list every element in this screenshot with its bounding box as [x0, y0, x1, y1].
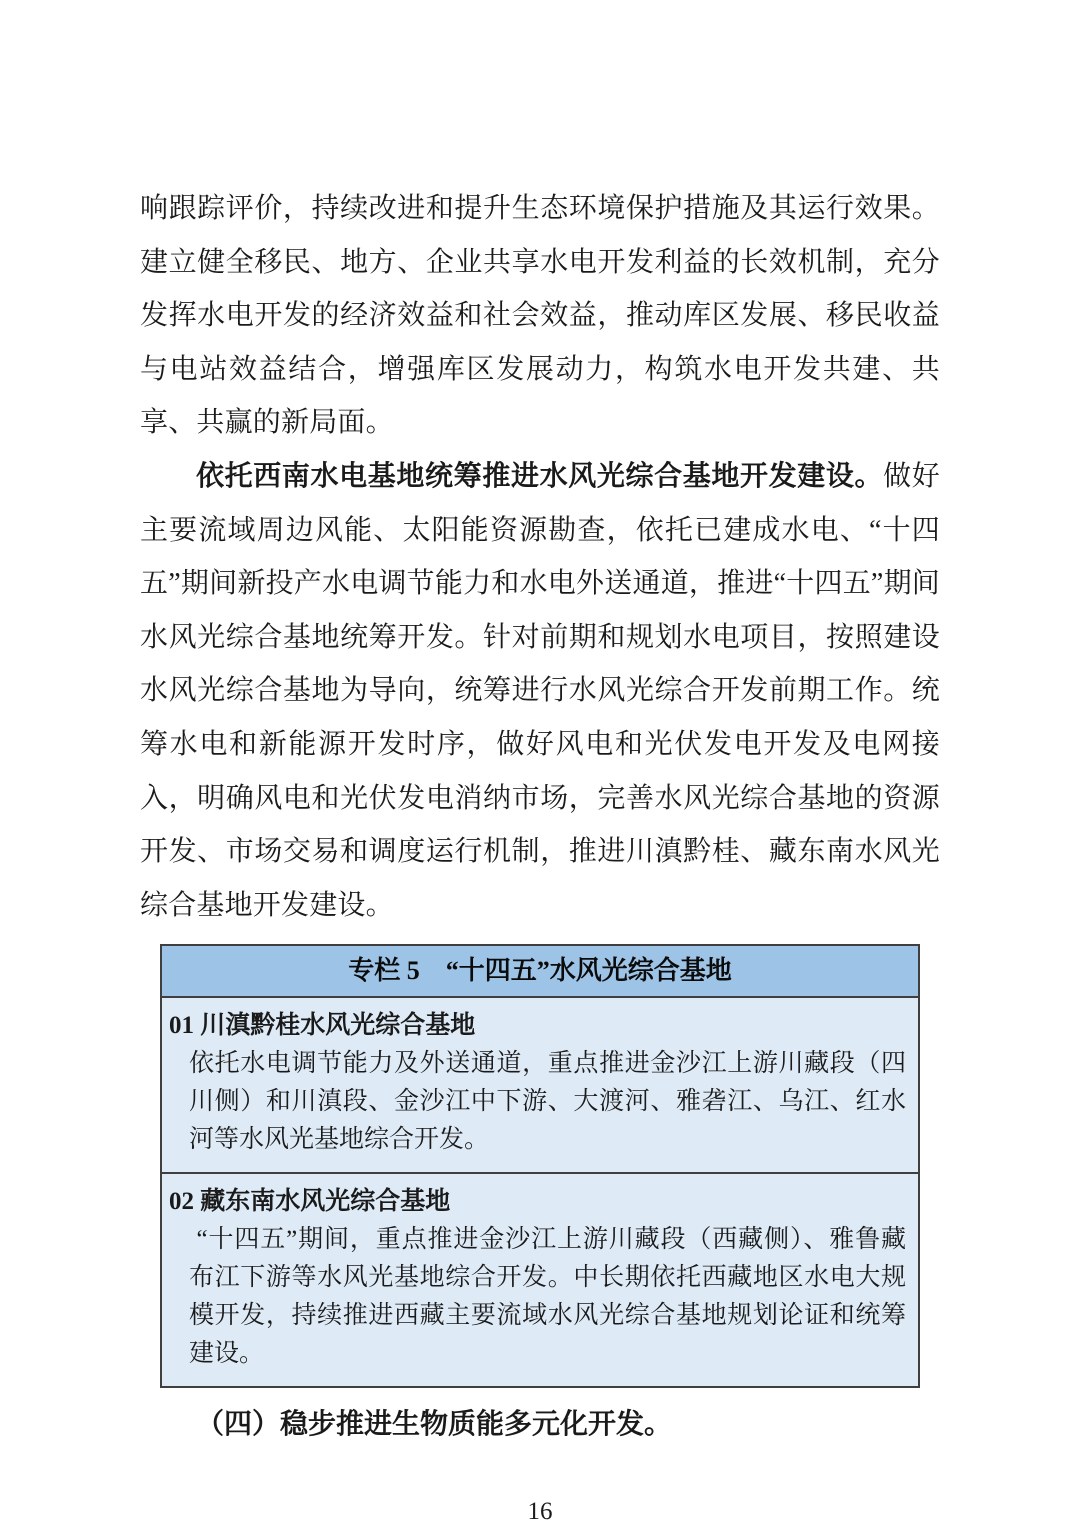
paragraph-2-bold-lead: 依托西南水电基地统筹推进水风光综合基地开发建设。 — [196, 461, 883, 492]
callout-section-1-heading: 01 川滇黔桂水风光综合基地 — [169, 1007, 908, 1045]
document-page: 响跟踪评价，持续改进和提升生态环境保护措施及其运行效果。建立健全移民、地方、企业… — [0, 0, 1080, 1527]
body-paragraph-2: 依托西南水电基地统筹推进水风光综合基地开发建设。做好主要流域周边风能、太阳能资源… — [140, 450, 940, 932]
callout-box-title: 专栏 5 “十四五”水风光综合基地 — [162, 946, 918, 998]
callout-box: 专栏 5 “十四五”水风光综合基地 01 川滇黔桂水风光综合基地 依托水电调节能… — [160, 944, 920, 1388]
page-content: 响跟踪评价，持续改进和提升生态环境保护措施及其运行效果。建立健全移民、地方、企业… — [140, 182, 940, 1526]
section-subheading: （四）稳步推进生物质能多元化开发。 — [140, 1398, 940, 1452]
paragraph-2-text: 做好主要流域周边风能、太阳能资源勘查，依托已建成水电、“十四五”期间新投产水电调… — [140, 461, 940, 921]
callout-section-2: 02 藏东南水风光综合基地 “十四五”期间，重点推进金沙江上游川藏段（西藏侧）、… — [162, 1172, 918, 1386]
body-paragraph-1: 响跟踪评价，持续改进和提升生态环境保护措施及其运行效果。建立健全移民、地方、企业… — [140, 182, 940, 450]
callout-section-2-heading: 02 藏东南水风光综合基地 — [169, 1183, 908, 1221]
callout-section-1: 01 川滇黔桂水风光综合基地 依托水电调节能力及外送通道，重点推进金沙江上游川藏… — [162, 998, 918, 1172]
page-number: 16 — [140, 1498, 940, 1526]
callout-section-1-body: 依托水电调节能力及外送通道，重点推进金沙江上游川藏段（四川侧）和川滇段、金沙江中… — [189, 1045, 906, 1159]
callout-section-2-body: “十四五”期间，重点推进金沙江上游川藏段（西藏侧）、雅鲁藏布江下游等水风光基地综… — [189, 1221, 906, 1373]
